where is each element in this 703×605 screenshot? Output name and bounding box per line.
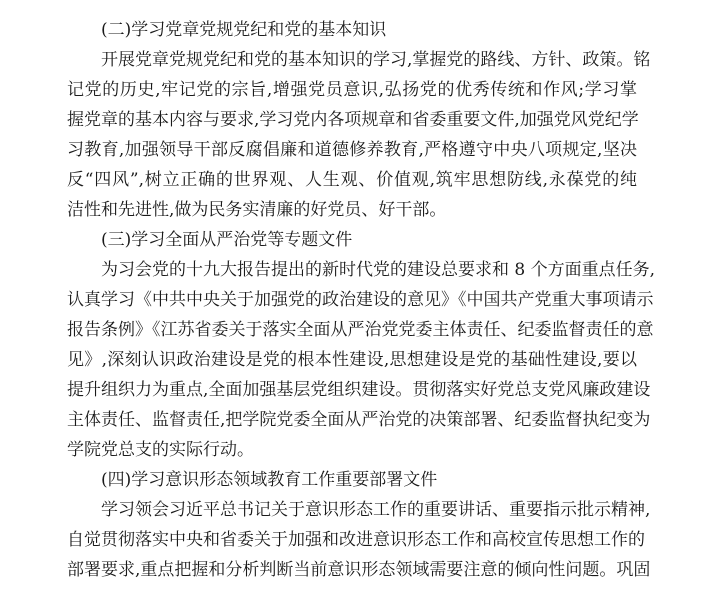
paragraph-line: 主体责任、监督责任,把学院党委全面从严治党的决策部署、纪委监督执纪变为: [67, 405, 637, 435]
paragraph-line: 洁性和先进性,做为民务实清廉的好党员、好干部。: [67, 195, 637, 225]
paragraph-line: 报告条例》《江苏省委关于落实全面从严治党党委主体责任、纪委监督责任的意: [67, 315, 637, 345]
paragraph-line: 认真学习《中共中央关于加强党的政治建设的意见》《中国共产党重大事项请示: [67, 285, 637, 315]
section-heading: (三)学习全面从严治党等专题文件: [67, 225, 637, 255]
paragraph-line: 握党章的基本内容与要求,学习党内各项规章和省委重要文件,加强党风党纪学: [67, 105, 637, 135]
paragraph-line: 提升组织力为重点,全面加强基层党组织建设。贯彻落实好党总支党风廉政建设: [67, 375, 637, 405]
paragraph-line: 开展党章党规党纪和党的基本知识的学习,掌握党的路线、方针、政策。铭: [67, 45, 637, 75]
document-page: (二)学习党章党规党纪和党的基本知识开展党章党规党纪和党的基本知识的学习,掌握党…: [0, 0, 703, 605]
paragraph-line: 见》,深刻认识政治建设是党的根本性建设,思想建设是党的基础性建设,要以: [67, 345, 637, 375]
paragraph-line: 习教育,加强领导干部反腐倡廉和道德修养教育,严格遵守中央八项规定,坚决: [67, 135, 637, 165]
paragraph-line: 为习会党的十九大报告提出的新时代党的建设总要求和 8 个方面重点任务,: [67, 255, 637, 285]
document-text: (二)学习党章党规党纪和党的基本知识开展党章党规党纪和党的基本知识的学习,掌握党…: [67, 15, 637, 585]
paragraph-line: 记党的历史,牢记党的宗旨,增强党员意识,弘扬党的优秀传统和作风;学习掌: [67, 75, 637, 105]
paragraph-line: 自觉贯彻落实中央和省委关于加强和改进意识形态工作和高校宣传思想工作的: [67, 525, 637, 555]
paragraph-line: 学习领会习近平总书记关于意识形态工作的重要讲话、重要指示批示精神,: [67, 495, 637, 525]
paragraph-line: 学院党总支的实际行动。: [67, 435, 637, 465]
paragraph-line: 反“四风”,树立正确的世界观、人生观、价值观,筑牢思想防线,永葆党的纯: [67, 165, 637, 195]
paragraph-line: 部署要求,重点把握和分析判断当前意识形态领域需要注意的倾向性问题。巩固: [67, 555, 637, 585]
section-heading: (二)学习党章党规党纪和党的基本知识: [67, 15, 637, 45]
section-heading: (四)学习意识形态领域教育工作重要部署文件: [67, 465, 637, 495]
